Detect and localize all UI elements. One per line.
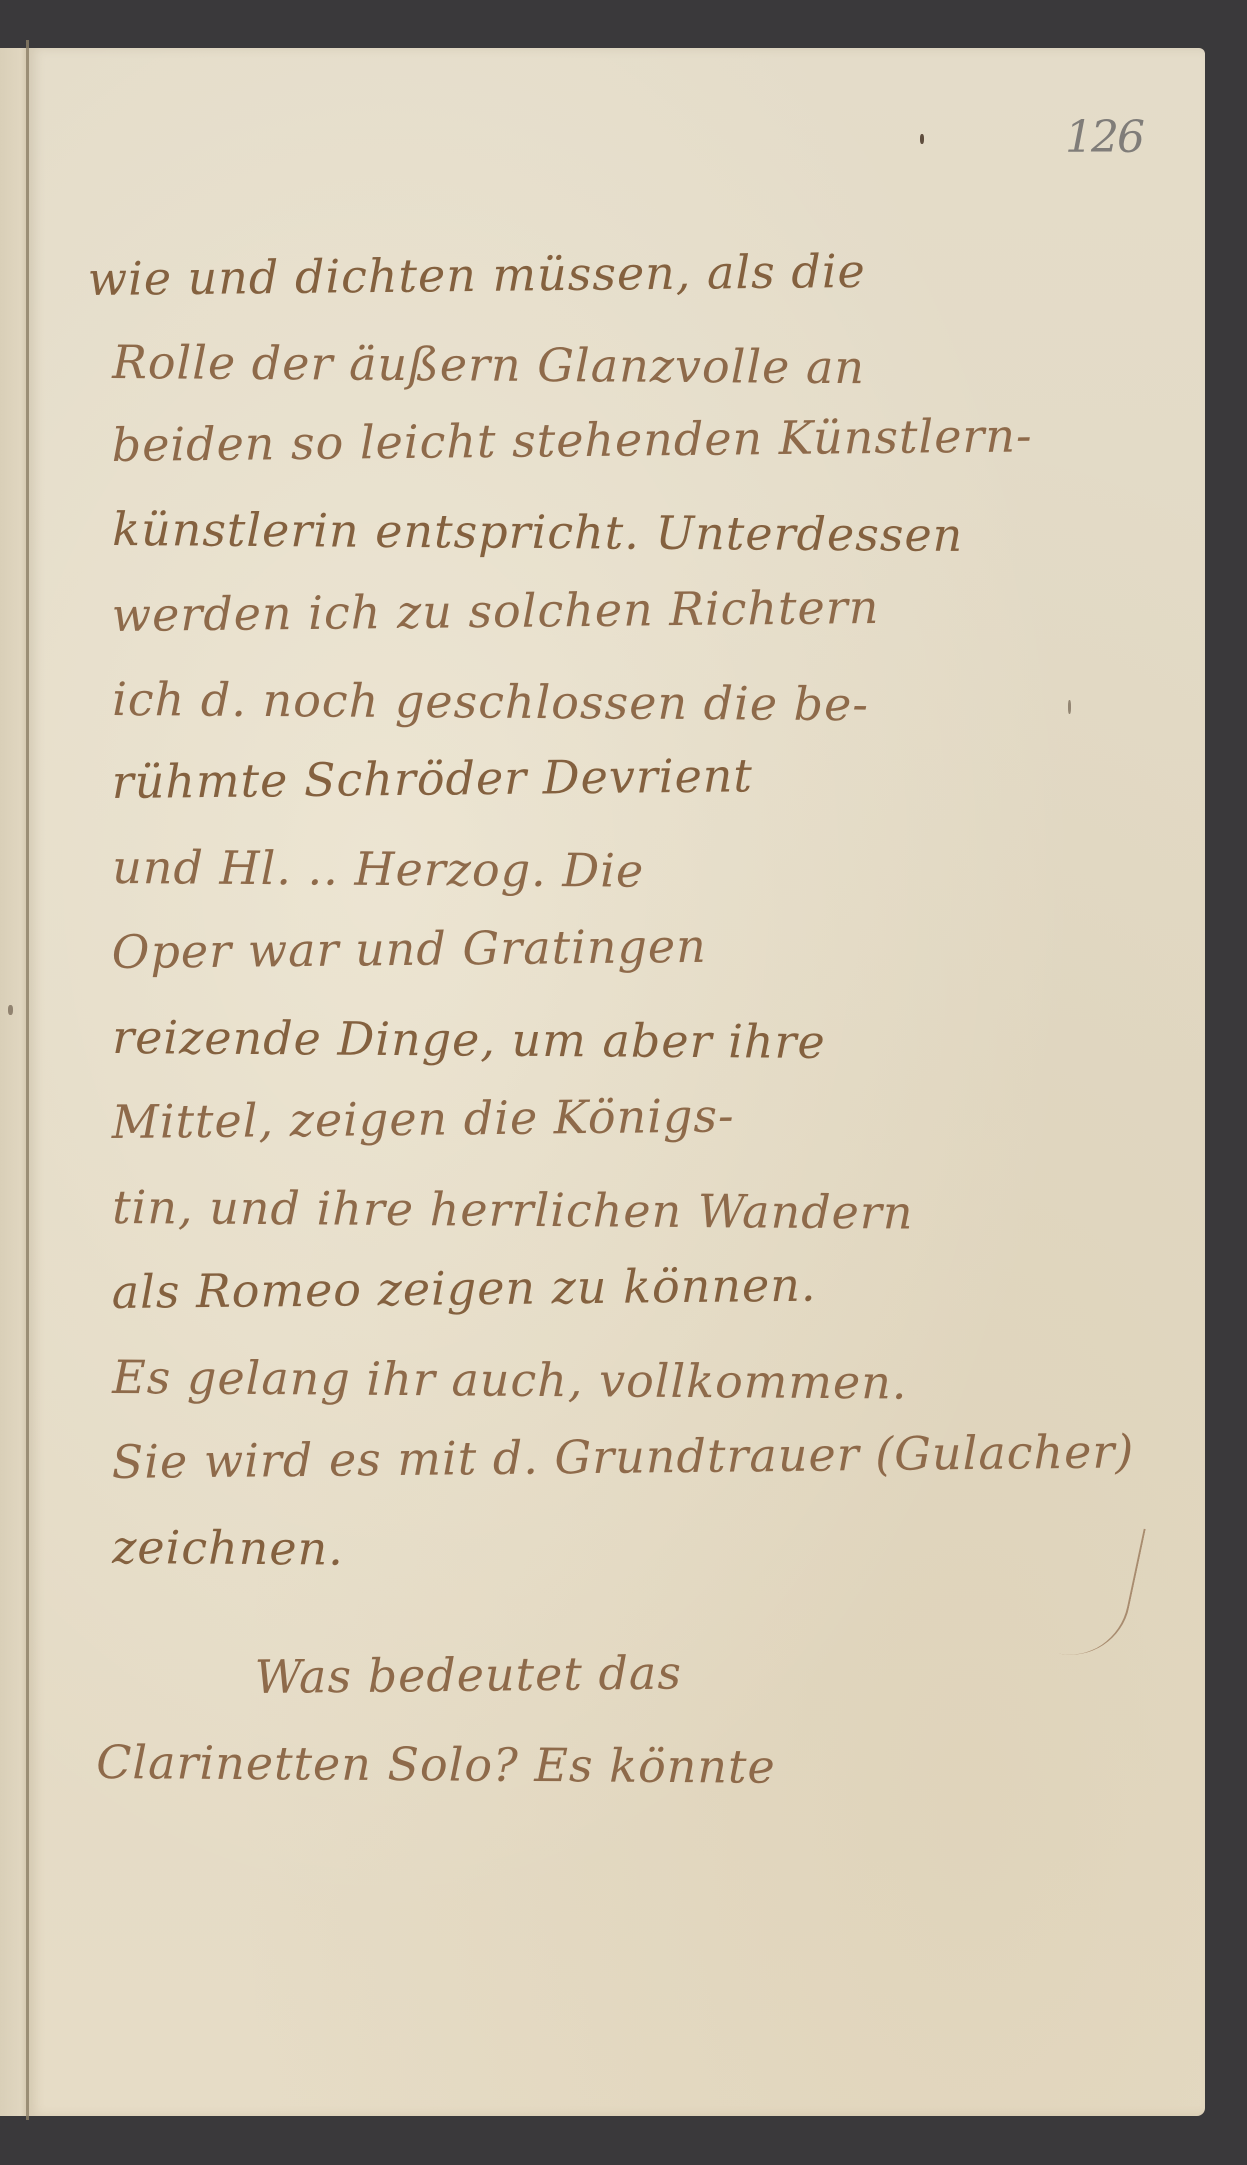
handwritten-line: Rolle der äußern Glanzvolle an (112, 335, 865, 394)
folio-number: 126 (1065, 112, 1143, 163)
ink-speck (1068, 700, 1071, 714)
handwritten-line: reizende Dinge, um aber ihre (112, 1010, 826, 1069)
handwritten-line: und Hl. .. Herzog. Die (112, 840, 644, 898)
handwritten-line: als Romeo zeigen zu können. (111, 1258, 816, 1319)
binding-gutter (26, 40, 29, 2120)
handwritten-line: Clarinetten Solo? Es könnte (96, 1735, 776, 1794)
handwritten-line: Es gelang ihr auch, vollkommen. (112, 1350, 908, 1410)
manuscript-scan: 126 wie und dichten müssen, als dieRolle… (0, 0, 1247, 2165)
handwritten-line: wie und dichten müssen, als die (87, 244, 866, 306)
ink-speck (920, 134, 924, 144)
handwritten-line: zeichnen. (112, 1520, 344, 1576)
ink-speck (8, 1005, 13, 1015)
handwritten-line: beiden so leicht stehenden Künstlern- (111, 408, 1032, 472)
handwritten-line: ich d. noch geschlossen die be- (112, 672, 869, 731)
handwritten-line: Was bedeutet das (254, 1646, 682, 1704)
handwritten-line: tin, und ihre herrlichen Wandern (112, 1180, 914, 1240)
handwritten-line: rühmte Schröder Devrient (111, 748, 753, 809)
handwritten-line: künstlerin entspricht. Unterdessen (112, 502, 963, 562)
handwritten-line: Mittel, zeigen die Königs- (111, 1088, 734, 1149)
handwritten-line: Sie wird es mit d. Grundtrauer (Gulacher… (111, 1424, 1134, 1489)
handwritten-line: werden ich zu solchen Richtern (111, 580, 879, 642)
handwritten-line: Oper war und Gratingen (111, 919, 707, 979)
